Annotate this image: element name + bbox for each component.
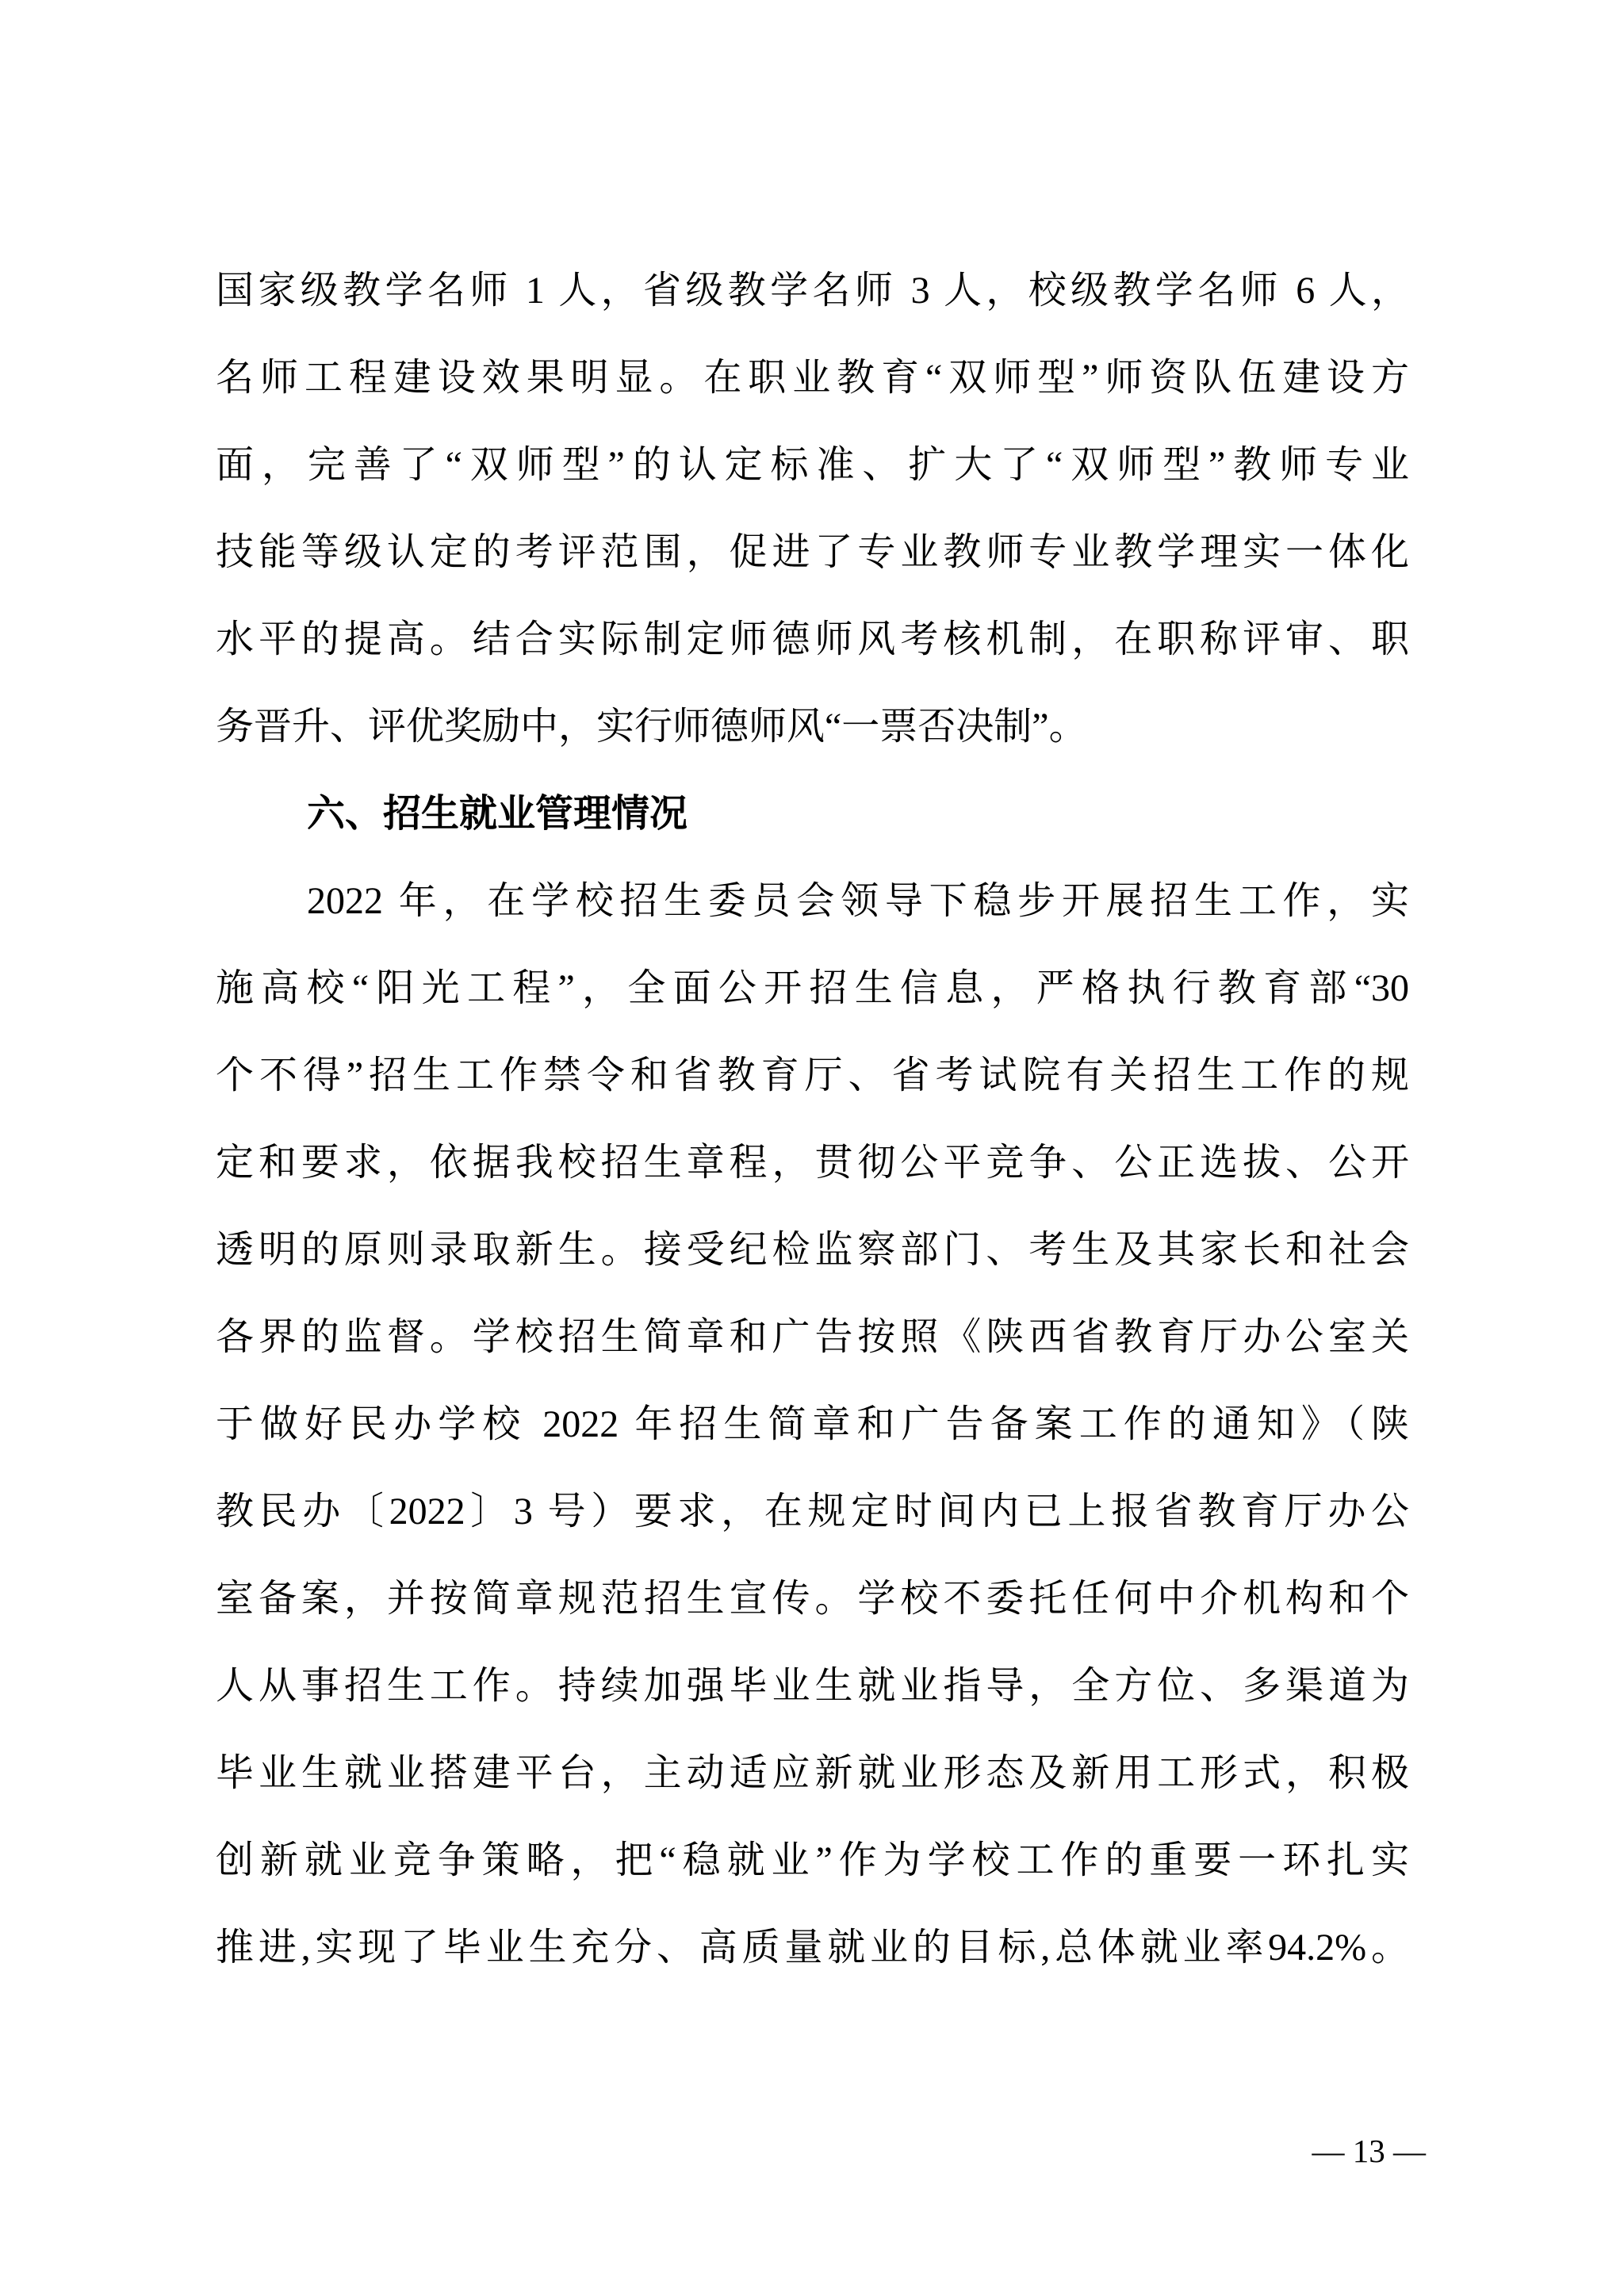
text-line: 务晋升、评优奖励中，实行师德师风“一票否决制”。 xyxy=(216,683,1409,771)
text-line: 施高校“阳光工程”，全面公开招生信息，严格执行教育部“30 xyxy=(216,945,1409,1032)
text-line: 国家级教学名师 1 人，省级教学名师 3 人，校级教学名师 6 人， xyxy=(216,247,1409,335)
page-number: — 13 — xyxy=(1312,2133,1427,2169)
text-line: 推进,实现了毕业生充分、高质量就业的目标,总体就业率94.2%。 xyxy=(216,1904,1409,1992)
text-line: 技能等级认定的考评范围，促进了专业教师专业教学理实一体化 xyxy=(216,509,1409,596)
text-line: 于做好民办学校 2022 年招生简章和广告备案工作的通知》（陕 xyxy=(216,1381,1409,1468)
text-line: 定和要求，依据我校招生章程，贯彻公平竞争、公正选拔、公开 xyxy=(216,1119,1409,1207)
text-line: 人从事招生工作。持续加强毕业生就业指导，全方位、多渠道为 xyxy=(216,1643,1409,1730)
text-line: 2022 年，在学校招生委员会领导下稳步开展招生工作，实 xyxy=(216,858,1409,945)
text-line: 毕业生就业搭建平台，主动适应新就业形态及新用工形式，积极 xyxy=(216,1730,1409,1817)
text-line: 各界的监督。学校招生简章和广告按照《陕西省教育厅办公室关 xyxy=(216,1294,1409,1381)
text-block: 国家级教学名师 1 人，省级教学名师 3 人，校级教学名师 6 人，名师工程建设… xyxy=(216,247,1409,1992)
page-footer: — 13 — xyxy=(1312,2131,1427,2171)
text-line: 个不得”招生工作禁令和省教育厅、省考试院有关招生工作的规 xyxy=(216,1032,1409,1119)
text-line: 创新就业竞争策略，把“稳就业”作为学校工作的重要一环扎实 xyxy=(216,1817,1409,1904)
text-line: 透明的原则录取新生。接受纪检监察部门、考生及其家长和社会 xyxy=(216,1207,1409,1294)
text-line: 室备案，并按简章规范招生宣传。学校不委托任何中介机构和个 xyxy=(216,1556,1409,1643)
text-line: 面，完善了“双师型”的认定标准、扩大了“双师型”教师专业 xyxy=(216,422,1409,509)
document-page: 国家级教学名师 1 人，省级教学名师 3 人，校级教学名师 6 人，名师工程建设… xyxy=(0,0,1624,2296)
text-line: 教民办〔2022〕3 号）要求，在规定时间内已上报省教育厅办公 xyxy=(216,1468,1409,1556)
text-line: 名师工程建设效果明显。在职业教育“双师型”师资队伍建设方 xyxy=(216,335,1409,422)
section-heading: 六、招生就业管理情况 xyxy=(216,771,1409,858)
text-line: 水平的提高。结合实际制定师德师风考核机制，在职称评审、职 xyxy=(216,596,1409,683)
